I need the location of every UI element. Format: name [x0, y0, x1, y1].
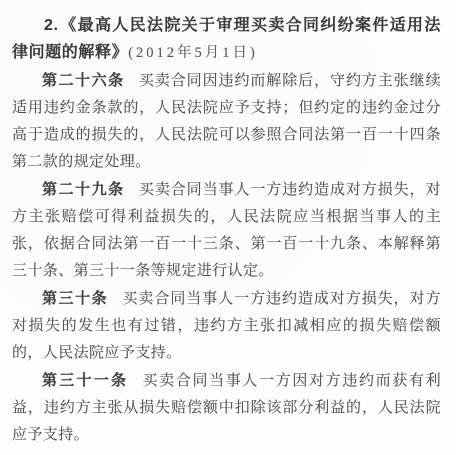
heading-date: (2012年5月1日): [128, 45, 258, 61]
article-paragraph-26: 第二十六条买卖合同因违约而解除后，守约方主张继续适用违约金条款的，人民法院应予支…: [12, 67, 441, 176]
article-paragraph-31: 第三十一条买卖合同当事人一方因对方违约而获有利益，违约方主张从损失赔偿额中扣除该…: [12, 367, 441, 449]
article-label: 第二十六条: [42, 72, 125, 89]
article-label: 第三十一条: [42, 372, 128, 389]
document-heading: 2.《最高人民法院关于审理买卖合同纠纷案件适用法律问题的解释》(2012年5月1…: [12, 12, 441, 67]
document-page: 2.《最高人民法院关于审理买卖合同纠纷案件适用法律问题的解释》(2012年5月1…: [0, 0, 456, 455]
article-label: 第三十条: [42, 290, 108, 307]
article-paragraph-30: 第三十条买卖合同当事人一方违约造成对方损失，对方对损失的发生也有过错，违约方主张…: [12, 285, 441, 367]
article-paragraph-29: 第二十九条买卖合同当事人一方违约造成对方损失，对方主张赔偿可得利益损失的，人民法…: [12, 176, 441, 285]
heading-number: 2.: [44, 17, 60, 34]
article-label: 第二十九条: [42, 181, 125, 198]
